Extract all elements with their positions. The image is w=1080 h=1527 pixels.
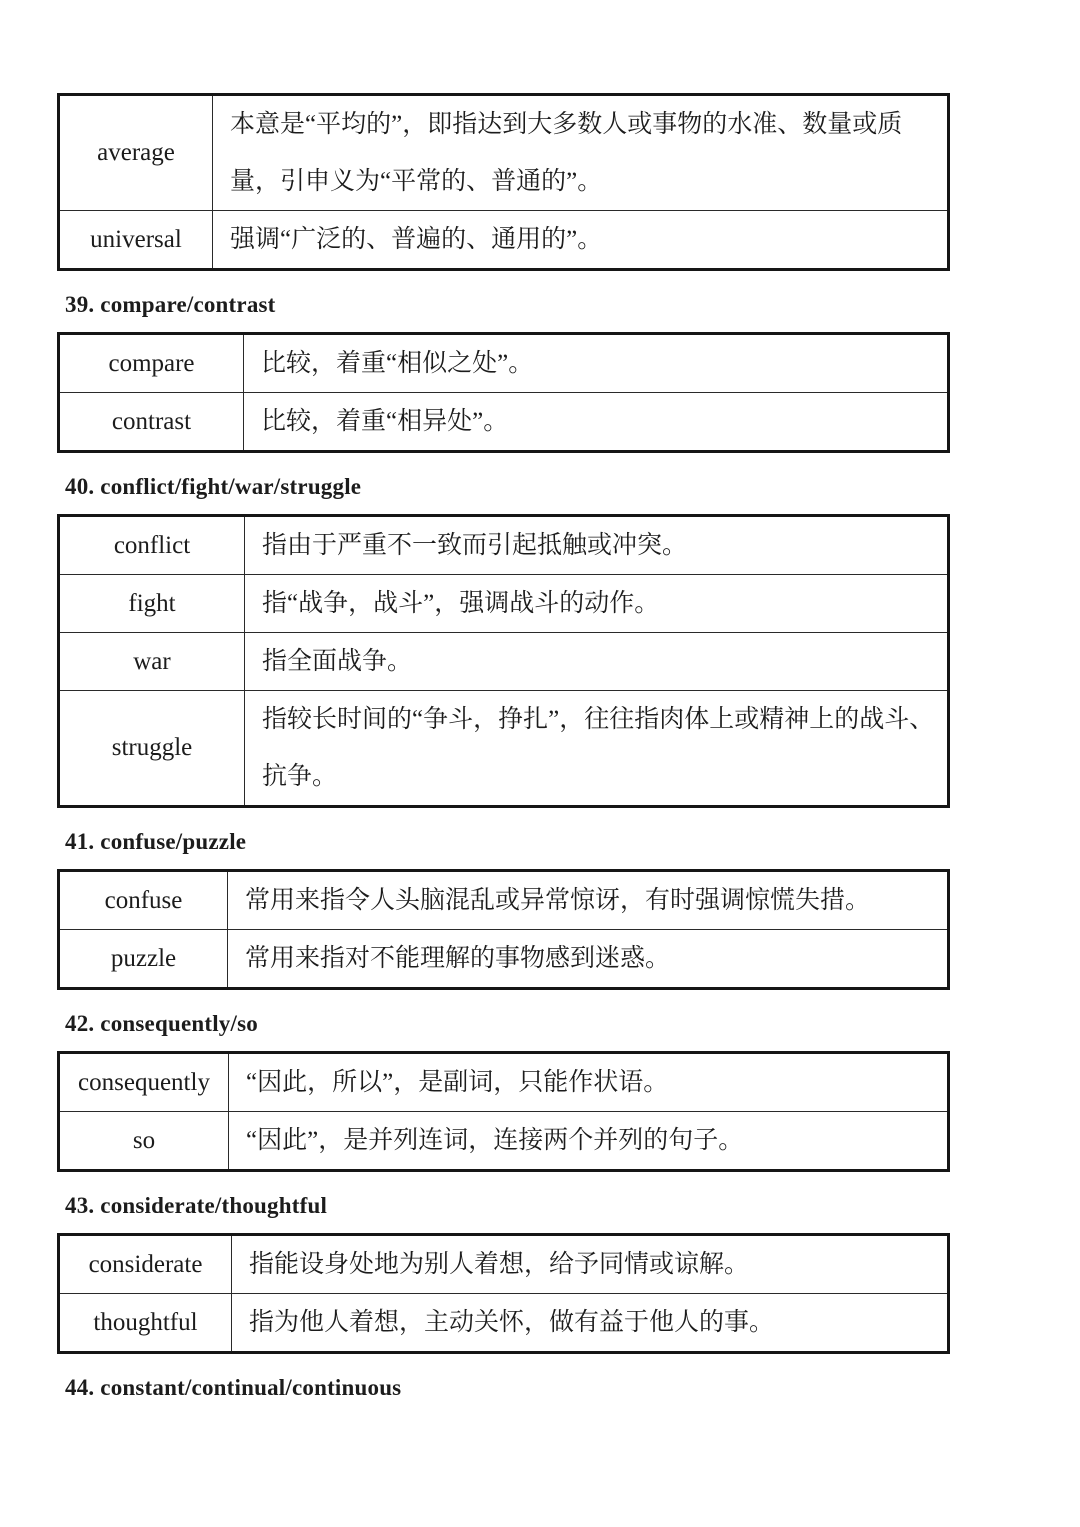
section-40: 40. conflict/fight/war/struggle conflict…	[57, 473, 950, 808]
word-cell: conflict	[60, 517, 245, 574]
section-heading: 42. consequently/so	[65, 1010, 950, 1037]
word-cell: universal	[60, 211, 213, 268]
word-cell: confuse	[60, 872, 228, 929]
document-page: average 本意是“平均的”，即指达到大多数人或事物的水准、数量或质量，引申…	[57, 0, 950, 1401]
table-row: average 本意是“平均的”，即指达到大多数人或事物的水准、数量或质量，引申…	[60, 96, 947, 210]
word-cell: fight	[60, 575, 245, 632]
table-row: puzzle 常用来指对不能理解的事物感到迷惑。	[60, 929, 947, 987]
word-table: considerate 指能设身处地为别人着想，给予同情或谅解。 thought…	[57, 1233, 950, 1354]
table-row: fight 指“战争，战斗”，强调战斗的动作。	[60, 574, 947, 632]
section-41: 41. confuse/puzzle confuse 常用来指令人头脑混乱或异常…	[57, 828, 950, 990]
section-43: 43. considerate/thoughtful considerate 指…	[57, 1192, 950, 1354]
definition-cell: 比较，着重“相异处”。	[244, 393, 947, 450]
definition-cell: 指“战争，战斗”，强调战斗的动作。	[245, 575, 947, 632]
word-cell: compare	[60, 335, 244, 392]
definition-text: 指由于严重不一致而引起抵触或冲突。	[262, 517, 687, 574]
word-cell: average	[60, 96, 213, 210]
word-cell: contrast	[60, 393, 244, 450]
definition-text: “因此，所以”，是副词，只能作状语。	[246, 1054, 668, 1111]
definition-cell: 指较长时间的“争斗，挣扎”，往往指肉体上或精神上的战斗、抗争。	[245, 691, 947, 805]
section-heading: 43. considerate/thoughtful	[65, 1192, 950, 1219]
table-row: conflict 指由于严重不一致而引起抵触或冲突。	[60, 517, 947, 574]
table-row: universal 强调“广泛的、普遍的、通用的”。	[60, 210, 947, 268]
table-row: compare 比较，着重“相似之处”。	[60, 335, 947, 392]
word-cell: puzzle	[60, 930, 228, 987]
word-table: compare 比较，着重“相似之处”。 contrast 比较，着重“相异处”…	[57, 332, 950, 453]
definition-text: 指较长时间的“争斗，挣扎”，往往指肉体上或精神上的战斗、抗争。	[262, 691, 935, 805]
definition-text: 强调“广泛的、普遍的、通用的”。	[230, 211, 602, 268]
definition-cell: “因此，所以”，是副词，只能作状语。	[229, 1054, 947, 1111]
word-table: confuse 常用来指令人头脑混乱或异常惊讶，有时强调惊慌失措。 puzzle…	[57, 869, 950, 990]
word-cell: so	[60, 1112, 229, 1169]
word-cell: struggle	[60, 691, 245, 805]
word-table: conflict 指由于严重不一致而引起抵触或冲突。 fight 指“战争，战斗…	[57, 514, 950, 808]
definition-cell: 强调“广泛的、普遍的、通用的”。	[213, 211, 947, 268]
definition-text: 本意是“平均的”，即指达到大多数人或事物的水准、数量或质量，引申义为“平常的、普…	[230, 96, 935, 210]
definition-cell: 本意是“平均的”，即指达到大多数人或事物的水准、数量或质量，引申义为“平常的、普…	[213, 96, 947, 210]
definition-text: “因此”，是并列连词，连接两个并列的句子。	[246, 1112, 743, 1169]
section-heading: 40. conflict/fight/war/struggle	[65, 473, 950, 500]
definition-text: 比较，着重“相异处”。	[261, 393, 508, 450]
definition-cell: 比较，着重“相似之处”。	[244, 335, 947, 392]
table-row: so “因此”，是并列连词，连接两个并列的句子。	[60, 1111, 947, 1169]
section-heading: 41. confuse/puzzle	[65, 828, 950, 855]
table-row: consequently “因此，所以”，是副词，只能作状语。	[60, 1054, 947, 1111]
table-row: considerate 指能设身处地为别人着想，给予同情或谅解。	[60, 1236, 947, 1293]
table-row: contrast 比较，着重“相异处”。	[60, 392, 947, 450]
word-table: average 本意是“平均的”，即指达到大多数人或事物的水准、数量或质量，引申…	[57, 93, 950, 271]
definition-text: 指“战争，战斗”，强调战斗的动作。	[262, 575, 659, 632]
definition-cell: 指全面战争。	[245, 633, 947, 690]
definition-text: 常用来指对不能理解的事物感到迷惑。	[245, 930, 670, 987]
word-cell: considerate	[60, 1236, 232, 1293]
table-row: struggle 指较长时间的“争斗，挣扎”，往往指肉体上或精神上的战斗、抗争。	[60, 690, 947, 805]
table-row: confuse 常用来指令人头脑混乱或异常惊讶，有时强调惊慌失措。	[60, 872, 947, 929]
definition-cell: 常用来指令人头脑混乱或异常惊讶，有时强调惊慌失措。	[228, 872, 947, 929]
definition-cell: 指能设身处地为别人着想，给予同情或谅解。	[232, 1236, 947, 1293]
word-cell: thoughtful	[60, 1294, 232, 1351]
definition-cell: 指为他人着想，主动关怀，做有益于他人的事。	[232, 1294, 947, 1351]
definition-cell: “因此”，是并列连词，连接两个并列的句子。	[229, 1112, 947, 1169]
section-42: 42. consequently/so consequently “因此，所以”…	[57, 1010, 950, 1172]
section-39: 39. compare/contrast compare 比较，着重“相似之处”…	[57, 291, 950, 453]
definition-cell: 常用来指对不能理解的事物感到迷惑。	[228, 930, 947, 987]
section-heading: 44. constant/continual/continuous	[65, 1374, 950, 1401]
table-row: war 指全面战争。	[60, 632, 947, 690]
definition-text: 指全面战争。	[262, 633, 412, 690]
section-average-universal: average 本意是“平均的”，即指达到大多数人或事物的水准、数量或质量，引申…	[57, 93, 950, 271]
definition-text: 常用来指令人头脑混乱或异常惊讶，有时强调惊慌失措。	[245, 872, 870, 929]
section-heading: 39. compare/contrast	[65, 291, 950, 318]
definition-text: 指为他人着想，主动关怀，做有益于他人的事。	[249, 1294, 774, 1351]
word-cell: war	[60, 633, 245, 690]
definition-text: 比较，着重“相似之处”。	[261, 335, 533, 392]
definition-cell: 指由于严重不一致而引起抵触或冲突。	[245, 517, 947, 574]
definition-text: 指能设身处地为别人着想，给予同情或谅解。	[249, 1236, 749, 1293]
section-44: 44. constant/continual/continuous	[57, 1374, 950, 1401]
word-cell: consequently	[60, 1054, 229, 1111]
word-table: consequently “因此，所以”，是副词，只能作状语。 so “因此”，…	[57, 1051, 950, 1172]
table-row: thoughtful 指为他人着想，主动关怀，做有益于他人的事。	[60, 1293, 947, 1351]
